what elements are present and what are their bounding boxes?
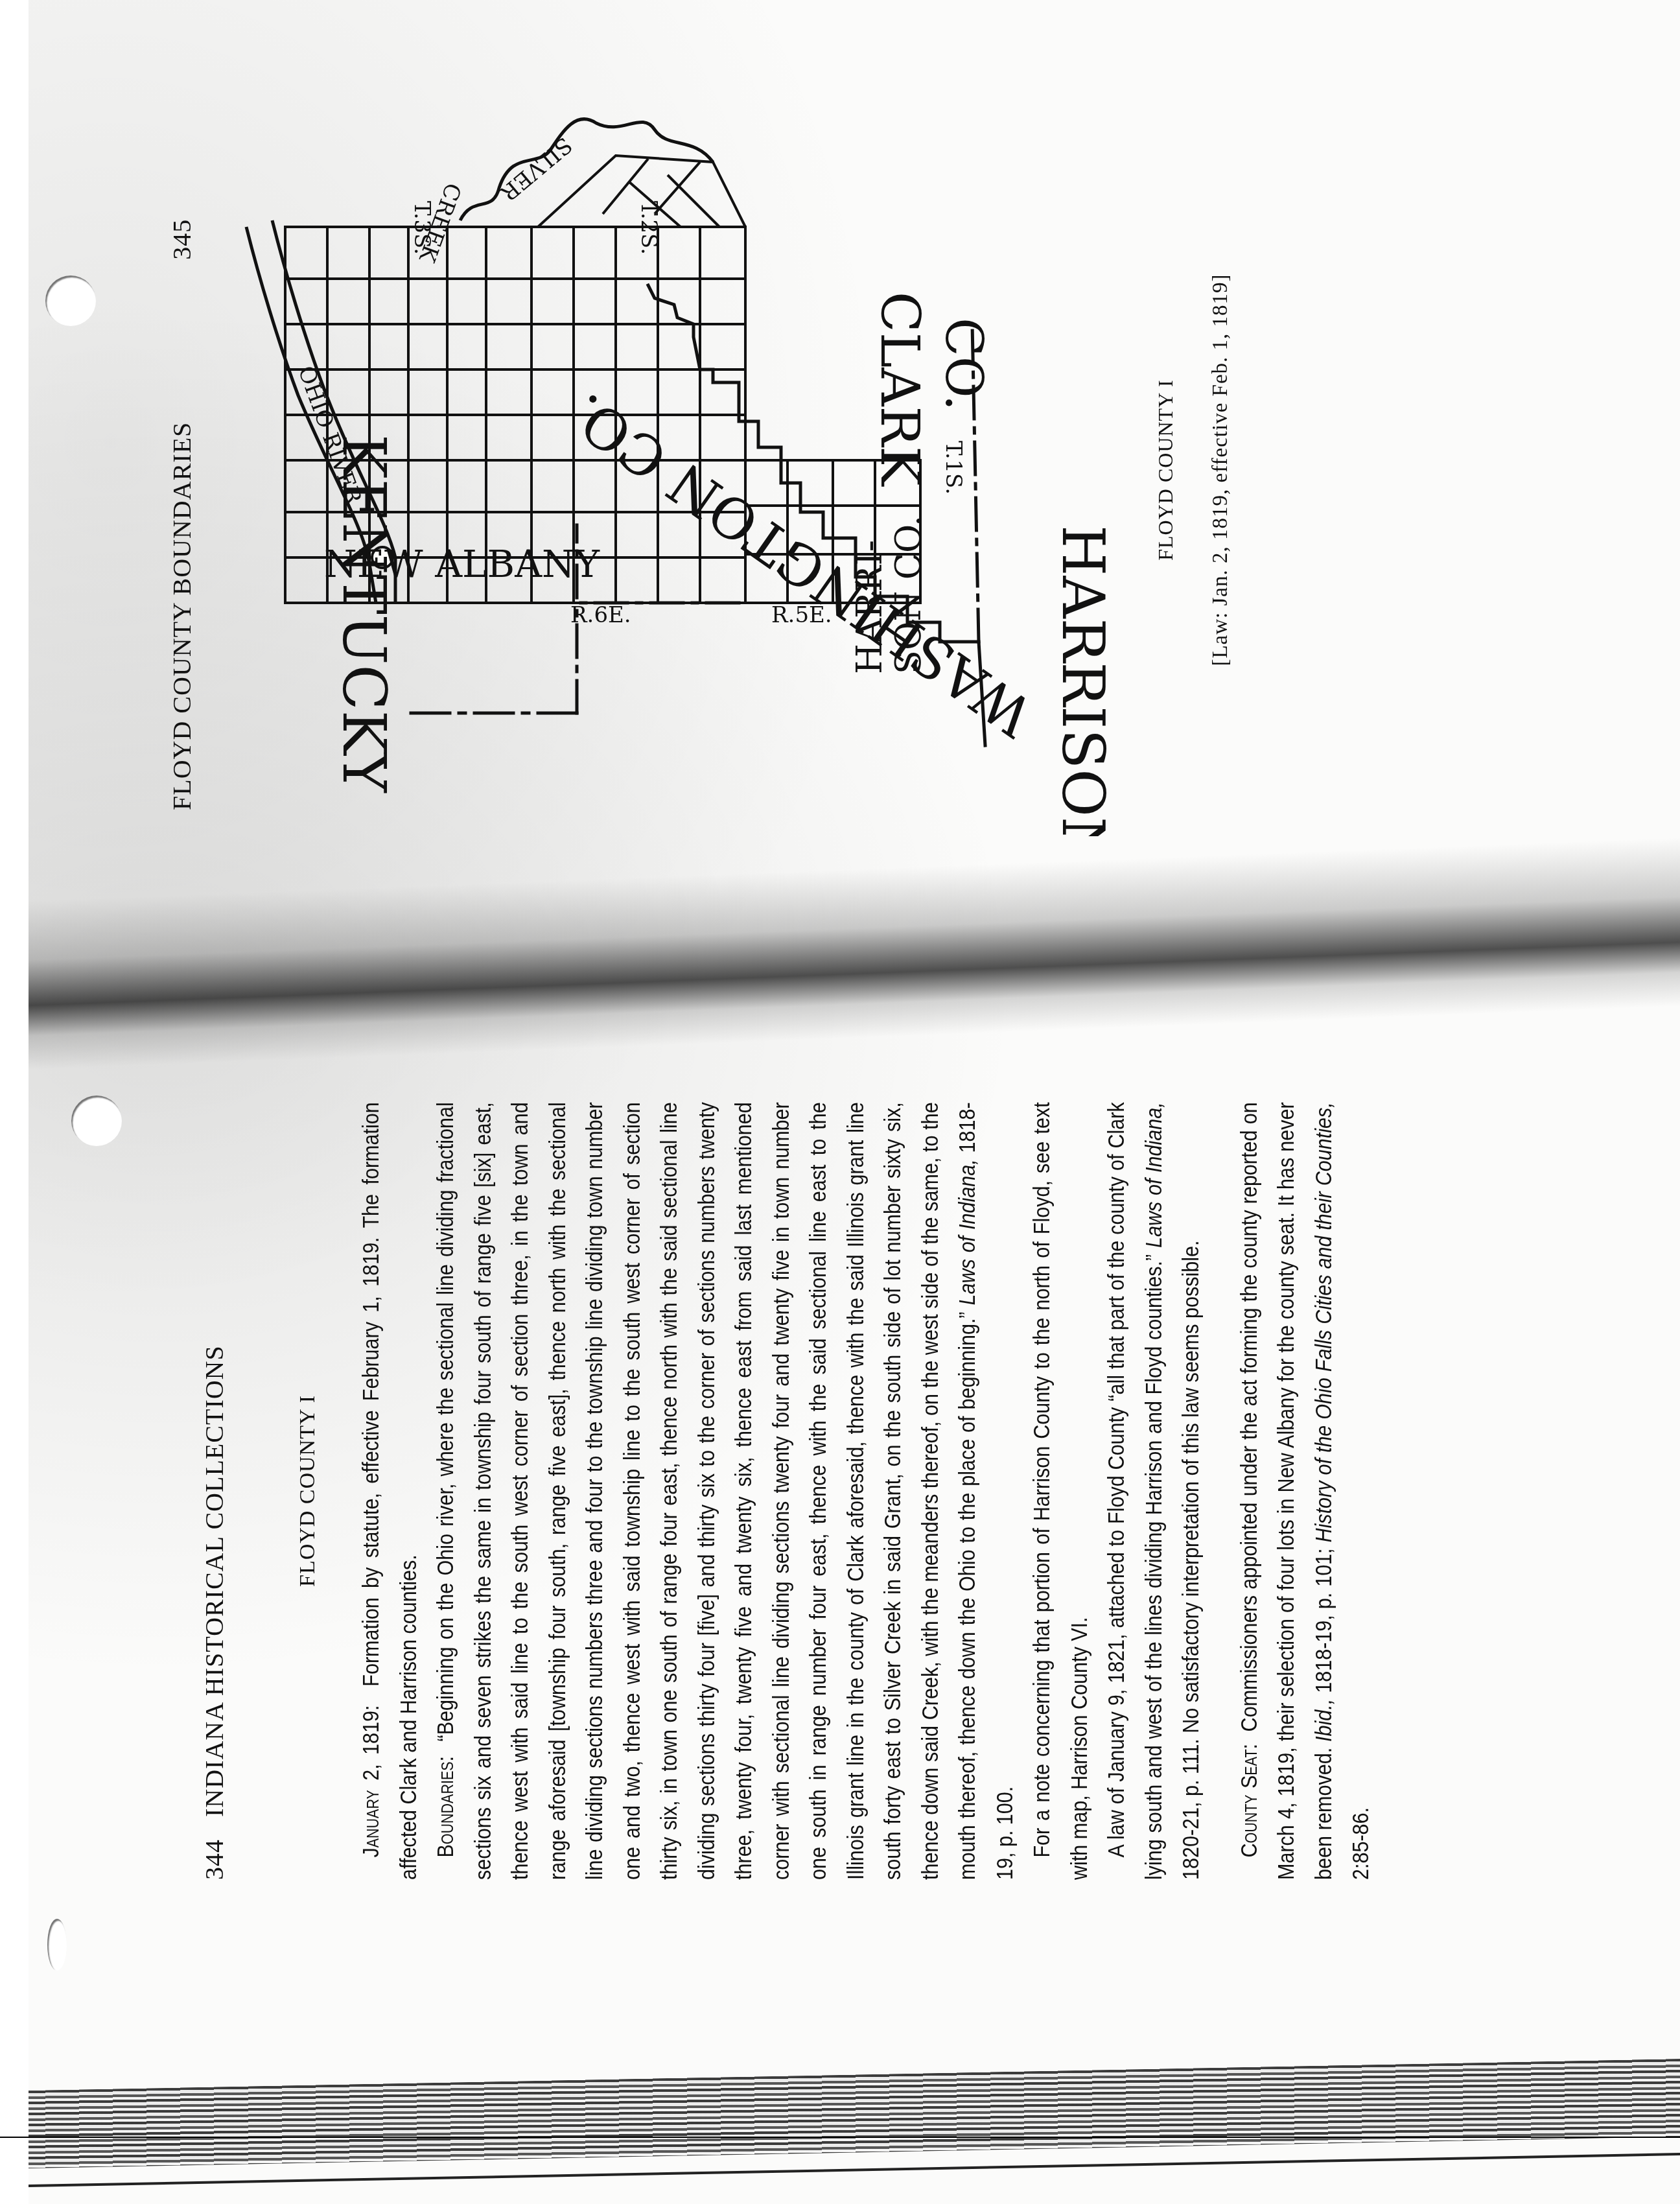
punch-hole-icon bbox=[47, 1919, 67, 1971]
citation-title: History of the Ohio Falls Cities and the… bbox=[1311, 1102, 1336, 1542]
label-harri: HARRI- bbox=[849, 540, 890, 674]
running-head: FLOYD COUNTY BOUNDARIES 345 bbox=[162, 104, 201, 836]
paragraph-text: “Beginning on the Ohio river, where the … bbox=[432, 1102, 980, 1880]
scanner-margin bbox=[0, 0, 30, 2204]
running-head-title: FLOYD COUNTY BOUNDARIES bbox=[167, 422, 197, 810]
punch-hole-icon bbox=[71, 1096, 122, 1146]
label-clark: CLARK bbox=[869, 292, 930, 487]
paragraph-text: For a note concerning that portion of Ha… bbox=[1029, 1102, 1092, 1880]
citation-title: Laws of Indiana, bbox=[954, 1159, 980, 1305]
paragraph-lead: January 2, 1819: bbox=[358, 1705, 384, 1857]
label-clark-co: CO. bbox=[934, 318, 992, 411]
label-son-co: SON CO. bbox=[888, 515, 929, 674]
label-t1s: T.1S. bbox=[940, 441, 966, 495]
paragraph-lead: Boundaries: bbox=[432, 1756, 458, 1858]
citation-pages: 1820-21, p. 111. No satisfactory interpr… bbox=[1178, 1240, 1204, 1880]
paragraph-boundaries: Boundaries: “Beginning on the Ohio river… bbox=[427, 1102, 1023, 1880]
page-344: 344 INDIANA HISTORICAL COLLECTIONS FLOYD… bbox=[194, 1102, 1355, 1880]
running-head-title: INDIANA HISTORICAL COLLECTIONS bbox=[199, 1345, 229, 1817]
label-t3s: T.3S. bbox=[409, 201, 435, 255]
silver-creek bbox=[460, 119, 713, 220]
label-r6e: R.6E. bbox=[570, 602, 631, 628]
floyd-county-map: WASHINGTON CO. CLARK CO. HARRI- SON CO. … bbox=[201, 104, 1121, 836]
body-text: January 2, 1819: Formation by statute, e… bbox=[353, 1102, 1380, 1880]
map-caption: FLOYD COUNTY I bbox=[1154, 104, 1178, 836]
punch-hole-icon bbox=[45, 275, 96, 326]
page-number: 345 bbox=[167, 219, 197, 260]
citation-title: Ibid., bbox=[1311, 1699, 1336, 1742]
section-heading: FLOYD COUNTY I bbox=[296, 1102, 320, 1880]
scan-artifact-line bbox=[0, 2137, 1680, 2138]
map-labels: WASHINGTON CO. CLARK CO. HARRI- SON CO. … bbox=[293, 132, 1117, 836]
label-r5e: R.5E. bbox=[771, 602, 832, 628]
label-new-albany: NEW ALBANY bbox=[324, 542, 600, 586]
paragraph-note: For a note concerning that portion of Ha… bbox=[1023, 1102, 1098, 1880]
map-drawing: WASHINGTON CO. CLARK CO. HARRI- SON CO. … bbox=[201, 104, 1121, 836]
running-head: 344 INDIANA HISTORICAL COLLECTIONS bbox=[194, 1102, 233, 1880]
citation-pages: 2:85-86. bbox=[1347, 1807, 1373, 1880]
citation-pages: 1818-19, p. 101; bbox=[1311, 1548, 1336, 1693]
page-345: FLOYD COUNTY BOUNDARIES 345 bbox=[162, 104, 1329, 836]
label-harrison-co: HARRISON CO. bbox=[1049, 525, 1117, 836]
paragraph-formation: January 2, 1819: Formation by statute, e… bbox=[353, 1102, 427, 1880]
page-number: 344 bbox=[199, 1839, 229, 1880]
label-silver: SILVER bbox=[495, 132, 577, 206]
map-law-note: [Law: Jan. 2, 1819, effective Feb. 1, 18… bbox=[1209, 104, 1233, 836]
citation-title: Laws of Indiana, bbox=[1141, 1102, 1167, 1248]
paragraph-county-seat: County Seat: Commissioners appointed und… bbox=[1231, 1102, 1380, 1880]
label-washington-co: WASHINGTON CO. bbox=[558, 381, 1045, 749]
label-t2s: T.2S. bbox=[636, 201, 662, 255]
paragraph-lead: County Seat: bbox=[1236, 1744, 1262, 1858]
paragraph-law-1821: A law of January 9, 1821, attached to Fl… bbox=[1098, 1102, 1210, 1880]
